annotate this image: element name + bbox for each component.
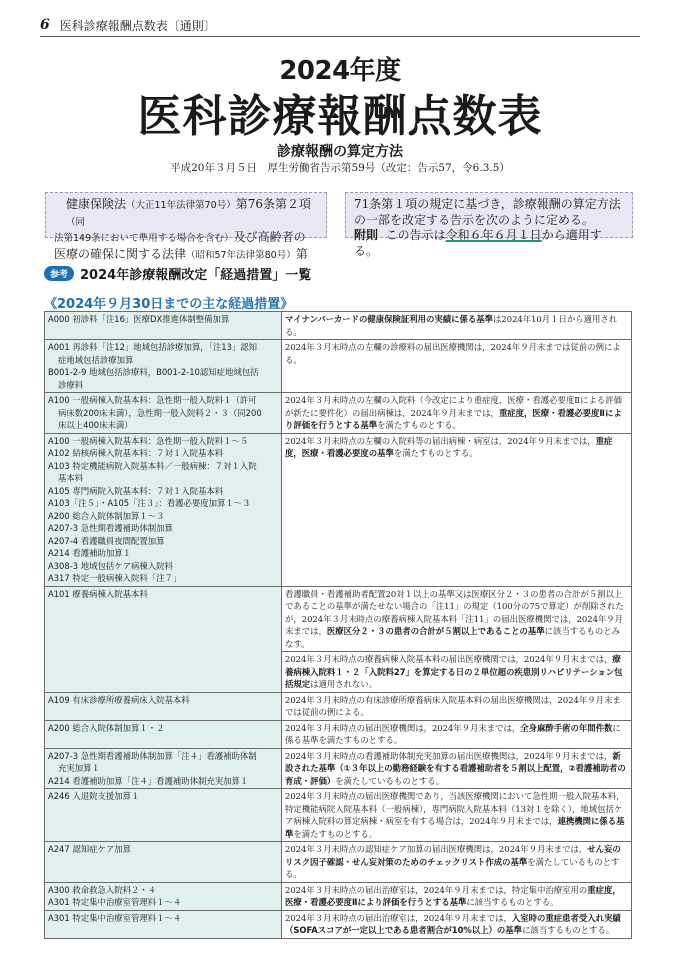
fee-items-cell: A300 救命救急入院料２・４A301 特定集中治療室管理料１～４	[45, 882, 282, 910]
measure-note-cell: 2024年３月末時点の届出医療機関であり，当該医療機関において急性期一般入院基本…	[282, 789, 632, 842]
fee-item: A102 結核病棟入院基本料：７対１入院基本料	[48, 447, 278, 460]
table-row: A200 総合入院体制加算１・２2024年３月末時点の届出医療機関は，2024年…	[45, 720, 632, 748]
fee-item: A103 特定機能病院入院基本料／一般病棟：７対１入院	[48, 460, 278, 473]
fee-item: A207-3 急性期看護補助体制加算「注４」看護補助体制	[48, 750, 278, 763]
text: 健康保険法	[66, 197, 126, 211]
page-title: 医科診療報酬点数表	[0, 80, 680, 144]
fee-item: A301 特定集中治療室管理料１～４	[48, 912, 278, 925]
text: （同	[66, 217, 85, 228]
emphasis-text: 医療区分２・３の患者の合計が５割以上であることの基準	[327, 626, 545, 636]
table-row: A000 初診料「注16」医療DX推進体制整備加算マイナンバーカードの健康保険証…	[45, 312, 632, 340]
measure-note-cell: 2024年３月末時点の届出治療室は，2024年９月末までは，特定集中治療室用の重…	[282, 882, 632, 910]
intro-box-right: 71条第１項の規定に基づき，診療報酬の算定方法 の一部を改定する告示を次のように…	[345, 192, 633, 238]
fee-item: 症地域包括診療加算	[48, 354, 278, 367]
table-row: A247 認知症ケア加算2024年３月末時点の認知症ケア加算の届出医療機関は，2…	[45, 842, 632, 883]
emphasis-text: マイナンバーカードの健康保険証利用の実績に係る基準	[285, 314, 493, 324]
subtitle: 診療報酬の算定方法	[0, 141, 680, 161]
fee-item: A317 特定一般病棟入院料「注７」	[48, 572, 278, 585]
fee-item: A214 看護補助加算「注４」看護補助体制充実加算１	[48, 775, 278, 788]
table-row: A101 療養病棟入院基本料看護職員・看護補助者配置20対１以上の基準又は医療区…	[45, 586, 632, 652]
fee-item: A103「注５」・A105「注３」：看護必要度加算１～３	[48, 497, 278, 510]
supplementary-provision: 附則 この告示は令和６年６月１日から適用する。	[354, 228, 624, 259]
intro-line-2: 法第149条において準用する場合を含む）及び高齢者の	[54, 230, 318, 247]
fee-items-cell: A001 再診料「注12」地域包括診療加算，「注13」認知症地域包括診療加算B0…	[45, 340, 282, 393]
fee-items-cell: A000 初診料「注16」医療DX推進体制整備加算	[45, 312, 282, 340]
fee-item: 病床数200床未満），急性期一般入院料２・３（同200	[48, 407, 278, 420]
transitional-measures-table: A000 初診料「注16」医療DX推進体制整備加算マイナンバーカードの健康保険証…	[44, 311, 632, 939]
fee-item: A100 一般病棟入院基本料：急性期一般入院料１（許可	[48, 394, 278, 407]
fee-item: A001 再診料「注12」地域包括診療加算，「注13」認知	[48, 341, 278, 354]
intro-right-line-1: 71条第１項の規定に基づき，診療報酬の算定方法	[354, 197, 624, 213]
text: この告示は	[386, 228, 446, 242]
text: 第	[296, 247, 308, 261]
note-text: 2024年３月末時点の左欄の診療料の届出医療機関は，2024年９月末までは従前の…	[285, 342, 621, 365]
fee-item: A105 専門病院入院基本料：７対１入院基本料	[48, 485, 278, 498]
fee-item: A246 入退院支援加算１	[48, 790, 278, 803]
intro-right-line-2: の一部を改定する告示を次のように定める。	[354, 213, 624, 229]
table-row: A246 入退院支援加算１2024年３月末時点の届出医療機関であり，当該医療機関…	[45, 789, 632, 842]
fee-item: A300 救命救急入院料２・４	[48, 884, 278, 897]
fee-item: 床以上400床未満）	[48, 419, 278, 432]
fee-items-cell: A100 一般病棟入院基本料：急性期一般入院料１（許可病床数200床未満），急性…	[45, 393, 282, 434]
running-header: 6 医科診療報酬点数表〔通則〕	[40, 14, 640, 37]
table-row: A301 特定集中治療室管理料１～４2024年３月末時点の届出治療室は，2024…	[45, 910, 632, 938]
measure-note-cell: マイナンバーカードの健康保険証利用の実績に係る基準は2024年10月１日から適用…	[282, 312, 632, 340]
fee-item: A109 有床診療所療養病床入院基本料	[48, 694, 278, 707]
fee-item: A200 総合入院体制加算１～３	[48, 510, 278, 523]
table-row: A100 一般病棟入院基本料：急性期一般入院料１～５A102 結核病棟入院基本料…	[45, 433, 632, 586]
reference-title: 2024年診療報酬改定「経過措置」一覧	[80, 264, 311, 283]
fee-item: A100 一般病棟入院基本料：急性期一般入院料１～５	[48, 435, 278, 448]
fee-items-cell: A207-3 急性期看護補助体制加算「注４」看護補助体制充実加算１A214 看護…	[45, 748, 282, 789]
page-number: 6	[40, 17, 50, 33]
table-row: A300 救命救急入院料２・４A301 特定集中治療室管理料１～４2024年３月…	[45, 882, 632, 910]
fee-item: A200 総合入院体制加算１・２	[48, 722, 278, 735]
text: 医療の確保に関する法律	[54, 247, 186, 261]
text: 法第149条において準用する場合を含む）	[54, 233, 234, 244]
supp-label: 附則	[354, 228, 378, 242]
text: （昭和57年法律第80号）	[186, 250, 296, 261]
note-text: を満たすものとする。	[394, 448, 478, 458]
note-text: 2024年３月末時点の届出医療機関は，2024年９月末までは，	[285, 723, 520, 733]
measure-note-cell: 2024年３月末時点の看護補助体制充実加算の届出医療機関は，2024年９月末まで…	[282, 748, 632, 789]
note-text: 2024年３月末時点の有床診療所療養病床入院基本料の届出医療機関は，2024年９…	[285, 695, 621, 718]
measure-note-cell: 2024年３月末時点の認知症ケア加算の届出医療機関は，2024年９月末までは，せ…	[282, 842, 632, 883]
measure-note-cell: 2024年３月末時点の左欄の入院料等の届出病棟・病室は，2024年９月末までは，…	[282, 433, 632, 586]
note-text: 2024年３月末時点の届出治療室は，2024年９月末までは，	[285, 913, 512, 923]
table-row: A109 有床診療所療養病床入院基本料2024年３月末時点の有床診療所療養病床入…	[45, 692, 632, 720]
table-row: A100 一般病棟入院基本料：急性期一般入院料１（許可病床数200床未満），急性…	[45, 393, 632, 434]
measure-note-cell: 2024年３月末時点の療養病棟入院基本料の届出医療機関では，2024年９月末まで…	[282, 652, 632, 693]
intro-line-1: 健康保険法（大正11年法律第70号）第76条第２項（同	[54, 197, 318, 230]
note-text: 2024年３月末時点の療養病棟入院基本料の届出医療機関では，2024年９月末まで…	[285, 654, 612, 664]
note-text: 2024年３月末時点の看護補助体制充実加算の届出医療機関は，2024年９月末まで…	[285, 751, 612, 761]
note-text: を満たしているものとする。	[335, 776, 444, 786]
fee-item: 充実加算１	[48, 762, 278, 775]
fee-items-cell: A101 療養病棟入院基本料	[45, 586, 282, 692]
table-row: A001 再診料「注12」地域包括診療加算，「注13」認知症地域包括診療加算B0…	[45, 340, 632, 393]
effective-date: 令和６年６月１日	[446, 228, 542, 242]
fee-item: A308-3 地域包括ケア病棟入院料	[48, 560, 278, 573]
fee-items-cell: A246 入退院支援加算１	[45, 789, 282, 842]
fee-items-cell: A100 一般病棟入院基本料：急性期一般入院料１～５A102 結核病棟入院基本料…	[45, 433, 282, 586]
fee-item: A214 看護補助加算１	[48, 547, 278, 560]
fee-item: A247 認知症ケア加算	[48, 843, 278, 856]
emphasis-text: 全身麻酔手術の年間件数	[520, 723, 612, 733]
fee-item: A301 特定集中治療室管理料１～４	[48, 896, 278, 909]
intro-box-left: 健康保険法（大正11年法律第70号）第76条第２項（同 法第149条において準用…	[45, 192, 327, 238]
note-text: を満たすものとする。	[293, 829, 377, 839]
fee-item: 基本料	[48, 472, 278, 485]
measure-note-cell: 2024年３月末時点の届出治療室は，2024年９月末までは，入室時の重症患者受入…	[282, 910, 632, 938]
reference-badge: 参考	[44, 266, 74, 281]
fee-item: A101 療養病棟入院基本料	[48, 588, 278, 601]
note-text: 2024年３月末時点の届出治療室は，2024年９月末までは，特定集中治療室用の	[285, 885, 587, 895]
fee-item: 診療料	[48, 379, 278, 392]
reference-heading: 参考 2024年診療報酬改定「経過措置」一覧	[44, 264, 311, 283]
note-text: に該当するものとする。	[522, 925, 614, 935]
note-text: に該当するものとする。	[466, 897, 558, 907]
text: 及び高齢者の	[234, 230, 306, 244]
note-text: 2024年３月末時点の左欄の入院料等の届出病棟・病室は，2024年９月末までは，	[285, 436, 596, 446]
fee-item: A207-4 看護職員夜間配置加算	[48, 535, 278, 548]
measure-note-cell: 2024年３月末時点の左欄の診療料の届出医療機関は，2024年９月末までは従前の…	[282, 340, 632, 393]
intro-line-3: 医療の確保に関する法律（昭和57年法律第80号）第	[54, 247, 318, 264]
fee-item: B001-2-9 地域包括診療料，B001-2-10認知症地域包括	[48, 366, 278, 379]
note-text: 2024年３月末時点の認知症ケア加算の届出医療機関は，2024年９月末までは，	[285, 844, 587, 854]
measure-note-cell: 看護職員・看護補助者配置20対１以上の基準又は医療区分２・３の患者の合計が５割以…	[282, 586, 632, 652]
fee-items-cell: A301 特定集中治療室管理料１～４	[45, 910, 282, 938]
measure-note-cell: 2024年３月末時点の左欄の入院料（今改定により重症度，医療・看護必要度Ⅱによる…	[282, 393, 632, 434]
note-text: を満たすものとする。	[377, 420, 461, 430]
fee-items-cell: A200 総合入院体制加算１・２	[45, 720, 282, 748]
period-heading: 《2024年９月30日までの主な経過措置》	[44, 293, 293, 312]
table-row: A207-3 急性期看護補助体制加算「注４」看護補助体制充実加算１A214 看護…	[45, 748, 632, 789]
notice-line: 平成20年３月５日 厚生労働省告示第59号（改定：告示57，令6.3.5）	[0, 160, 680, 175]
running-header-title: 医科診療報酬点数表〔通則〕	[60, 17, 216, 34]
fee-items-cell: A109 有床診療所療養病床入院基本料	[45, 692, 282, 720]
measure-note-cell: 2024年３月末時点の有床診療所療養病床入院基本料の届出医療機関は，2024年９…	[282, 692, 632, 720]
text: 第76条第２項	[236, 197, 311, 211]
note-text: は適用されない。	[310, 679, 377, 689]
measure-note-cell: 2024年３月末時点の届出医療機関は，2024年９月末までは，全身麻酔手術の年間…	[282, 720, 632, 748]
text: （大正11年法律第70号）	[126, 200, 236, 211]
fee-items-cell: A247 認知症ケア加算	[45, 842, 282, 883]
fee-item: A000 初診料「注16」医療DX推進体制整備加算	[48, 313, 278, 326]
fee-item: A207-3 急性期看護補助体制加算	[48, 522, 278, 535]
